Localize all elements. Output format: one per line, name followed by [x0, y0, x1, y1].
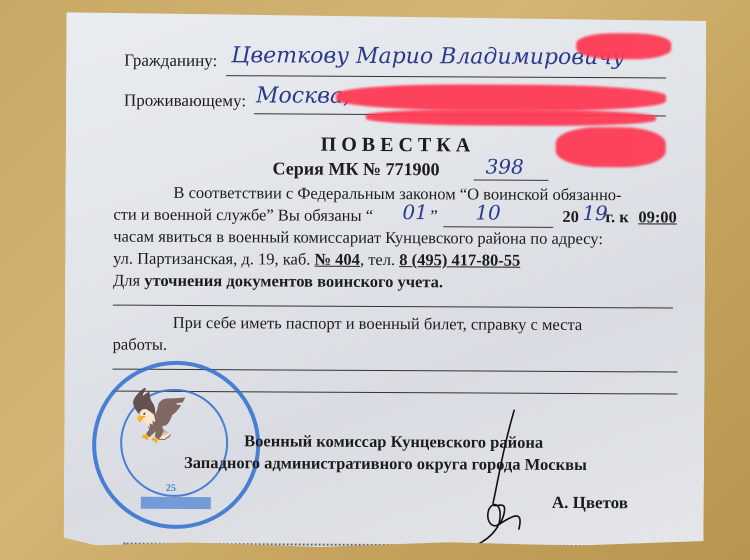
series-prefix: Серия МК № 771900 — [273, 158, 440, 180]
appointment-time: 09:00 — [638, 207, 677, 227]
date-quote: ” — [430, 206, 437, 226]
citizen-underline — [226, 75, 666, 78]
summons-paper: Гражданину: Цветкову Марио Владимировичу… — [64, 12, 707, 551]
citizen-label: Гражданину: — [124, 51, 217, 71]
address-line: ул. Партизанская, д. 19, каб. № 404, тел… — [113, 249, 520, 271]
address-tel-label: , тел. — [360, 250, 399, 269]
law-text-line2: сти и военной службе” Вы обязаны “ — [113, 205, 373, 226]
tear-line — [124, 543, 684, 548]
room-number: № 404 — [314, 250, 360, 269]
bring-documents-line2: работы. — [113, 335, 168, 355]
official-stamp: 🦅 25 — [92, 360, 261, 529]
date-day: 01 — [402, 200, 428, 224]
document-title: ПОВЕСТКА — [321, 134, 476, 158]
year-prefix: 20 — [562, 207, 579, 227]
stamp-bar — [141, 497, 211, 509]
purpose-text: уточнения документов воинского учета. — [144, 271, 443, 292]
blank-line — [113, 305, 673, 309]
bring-documents-line1: При себе иметь паспорт и военный билет, … — [173, 313, 583, 335]
signature-icon — [454, 404, 565, 555]
time-prefix: г. к — [605, 207, 628, 227]
law-text-line1: В соответствии с Федеральным законом “О … — [173, 183, 621, 205]
series-underline — [474, 179, 549, 180]
redaction-mark — [366, 109, 656, 127]
redaction-mark — [336, 84, 666, 112]
year-suffix: 19 — [582, 201, 608, 225]
stamp-number: 25 — [166, 483, 176, 494]
redaction-mark — [576, 33, 671, 59]
purpose-line: Для уточнения документов воинского учета… — [113, 271, 443, 293]
double-headed-eagle-icon: 🦅 — [128, 387, 191, 446]
date-month: 10 — [475, 200, 501, 224]
residence-label: Проживающему: — [124, 91, 246, 112]
series-number: 398 — [486, 155, 524, 179]
citizen-name: Цветкову Марио Владимировичу — [231, 43, 625, 70]
redaction-mark — [556, 127, 666, 168]
purpose-prefix: Для — [113, 271, 144, 290]
address-street: ул. Партизанская, д. 19, каб. — [113, 249, 314, 269]
phone-number: 8 (495) 417-80-55 — [399, 250, 520, 270]
report-text: часам явиться в военный комиссариат Кунц… — [113, 227, 603, 250]
